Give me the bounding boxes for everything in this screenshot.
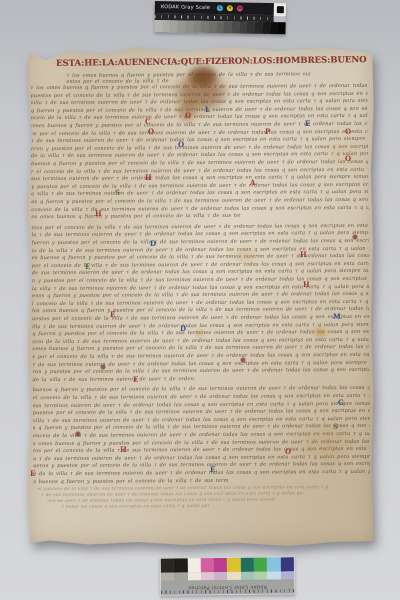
gray-step	[178, 20, 186, 32]
muted-color-patch	[188, 572, 201, 580]
muted-color-patch	[214, 572, 227, 580]
stain	[230, 249, 258, 263]
illuminated-initial: O	[148, 128, 154, 135]
muted-color-patch	[201, 572, 214, 580]
muted-color-patch	[161, 573, 174, 581]
illuminated-initial: O	[345, 155, 351, 162]
gray-step	[255, 22, 263, 34]
color-patch	[161, 559, 174, 573]
illuminated-initial: E	[305, 120, 310, 127]
color-calibration-bar: Kodak Color Control Patches	[160, 556, 295, 595]
color-patch	[187, 558, 200, 572]
manuscript-body-text: τ los omes buenos q fueron y puestos por…	[24, 45, 376, 547]
gray-step	[162, 20, 170, 32]
manuscript-line: de la villa τ de sus terminos ouieron de…	[33, 376, 195, 384]
muted-color-patch	[241, 572, 254, 580]
cyan-dot-icon: C	[217, 5, 223, 11]
illuminated-initial: H	[303, 281, 310, 288]
stain	[294, 424, 358, 462]
photograph-backdrop: ESTA:HE:LA:AUENENCIA:QUE:FIZERON:LOS:HOM…	[0, 0, 400, 600]
grayscale-bar-label: KODAK Gray Scale	[161, 4, 210, 11]
ruler-ticks	[161, 589, 294, 593]
grayscale-step-wedge	[154, 20, 285, 34]
gray-step	[239, 21, 247, 33]
color-patch	[227, 558, 240, 572]
parchment-sheet: ESTA:HE:LA:AUENENCIA:QUE:FIZERON:LOS:HOM…	[26, 46, 375, 546]
muted-color-patch	[267, 571, 280, 579]
stain	[194, 329, 205, 338]
illuminated-initial: E	[210, 466, 215, 473]
gray-step	[170, 20, 178, 32]
illuminated-initial: E	[30, 470, 35, 477]
illuminated-initial: O	[185, 112, 191, 119]
illuminated-initial: E	[110, 311, 115, 318]
illuminated-initial: H	[120, 446, 127, 453]
color-patch	[280, 557, 293, 571]
stain	[186, 64, 220, 88]
magenta-dot-icon: M	[237, 5, 243, 11]
illuminated-initial: P	[265, 128, 270, 135]
kodak-logo-icon	[274, 3, 286, 16]
manuscript-line: r todas las cosas q son escriptas en est…	[61, 504, 209, 511]
muted-color-patch	[174, 572, 187, 580]
illuminated-initial: D	[150, 240, 156, 247]
illuminated-initial: O	[345, 128, 351, 135]
muted-color-patch	[254, 572, 267, 580]
gray-step	[262, 22, 270, 34]
gray-step	[278, 22, 286, 34]
color-patch	[174, 558, 187, 572]
rosette-mark	[352, 234, 358, 240]
illuminated-initial: L	[205, 106, 210, 113]
rosette-mark	[75, 431, 81, 437]
illuminated-initial: G	[338, 399, 344, 406]
illuminated-initial: S	[115, 189, 120, 196]
color-patch-row	[161, 557, 294, 572]
color-patch	[214, 558, 227, 572]
rosette-mark	[240, 357, 246, 363]
illuminated-initial: M	[333, 313, 341, 320]
manuscript-line: s buenos q fueron y puestos por el conce…	[33, 477, 228, 485]
color-patch	[241, 558, 254, 572]
color-bar-label-band: Kodak Color Control Patches	[161, 579, 294, 594]
illuminated-initial: D	[180, 325, 186, 332]
stain	[313, 327, 328, 338]
illuminated-initial: E	[133, 376, 138, 383]
illuminated-initial: H	[95, 210, 102, 217]
stain	[324, 138, 366, 168]
grayscale-calibration-bar: KODAK Gray Scale CYM	[154, 1, 286, 34]
manuscript-line: ron y puestos por el conceio de la villa…	[33, 367, 370, 376]
manuscript-line: os omes buenos q fueron y puestos por el…	[31, 213, 240, 221]
cmy-dots: CYM	[217, 5, 243, 11]
illuminated-initial: O	[178, 141, 184, 148]
gray-step	[247, 22, 255, 34]
rosette-mark	[100, 364, 106, 370]
illuminated-initial: S	[333, 423, 338, 430]
illuminated-initial: C	[145, 118, 151, 125]
color-patch	[201, 558, 214, 572]
illuminated-initial: O	[285, 448, 291, 455]
muted-color-patch	[281, 571, 294, 579]
illuminated-initial: A	[250, 179, 255, 186]
gray-step	[154, 20, 162, 32]
gray-step	[270, 22, 278, 34]
manuscript-document: ESTA:HE:LA:AUENENCIA:QUE:FIZERON:LOS:HOM…	[0, 0, 400, 600]
color-patch	[267, 557, 280, 571]
color-patch	[254, 558, 267, 572]
illuminated-initial: E	[85, 263, 90, 270]
yellow-dot-icon: Y	[227, 5, 233, 11]
illuminated-initial: H	[300, 251, 307, 258]
illuminated-initial: H	[145, 174, 152, 181]
muted-color-patch	[227, 572, 240, 580]
stain	[84, 194, 104, 256]
